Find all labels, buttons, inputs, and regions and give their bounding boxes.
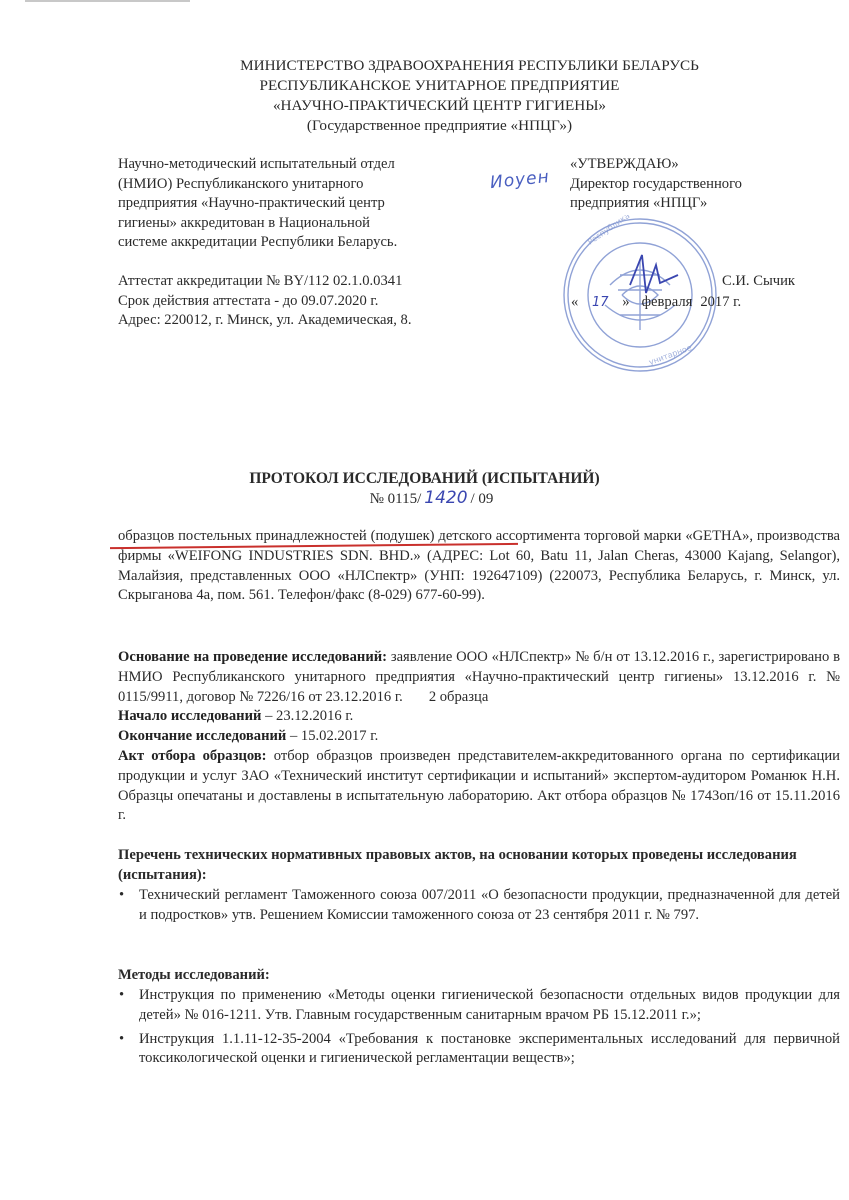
director-organization: предприятия «НПЦГ» <box>570 194 830 214</box>
start-label: Начало исследований <box>118 708 261 724</box>
lab-info-line: гигиены» аккредитован в Национальной <box>118 214 478 234</box>
tnpa-list: Технический регламент Таможенного союза … <box>118 886 840 926</box>
sampling-act: Акт отбора образцов: отбор образцов прои… <box>118 747 840 826</box>
protocol-number-prefix: № 0115/ <box>370 491 422 507</box>
lab-info-line: системе аккредитации Республики Беларусь… <box>118 233 478 253</box>
director-position: Директор государственного <box>570 175 830 195</box>
methods-list: Инструкция по применению «Методы оценки … <box>118 986 840 1073</box>
protocol-title: ПРОТОКОЛ ИССЛЕДОВАНИЙ (ИСПЫТАНИЙ) <box>0 470 849 488</box>
start-date: Начало исследований – 23.12.2016 г. <box>118 707 840 727</box>
lab-address: Адрес: 220012, г. Минск, ул. Академическ… <box>118 311 478 331</box>
enterprise-name: «НАУЧНО-ПРАКТИЧЕСКИЙ ЦЕНТР ГИГИЕНЫ» <box>0 96 849 116</box>
ministry-name: МИНИСТЕРСТВО ЗДРАВООХРАНЕНИЯ РЕСПУБЛИКИ … <box>0 56 849 76</box>
certificate-validity: Срок действия аттестата - до 09.07.2020 … <box>118 292 478 312</box>
protocol-number-handwritten: 1420 <box>424 488 467 508</box>
lab-info: Научно-методический испытательный отдел … <box>118 155 478 331</box>
lab-info-line: (НМИО) Республиканского унитарного <box>118 175 478 195</box>
samples-count: 2 образца <box>429 689 489 705</box>
basis-label: Основание на проведение исследований: <box>118 649 387 665</box>
approve-label: «УТВЕРЖДАЮ» <box>570 155 830 175</box>
lab-info-line: предприятия «Научно-практический центр <box>118 194 478 214</box>
enterprise-type: РЕСПУБЛИКАНСКОЕ УНИТАРНОЕ ПРЕДПРИЯТИЕ <box>0 76 849 96</box>
approval-block: «УТВЕРЖДАЮ» Директор государственного пр… <box>570 155 830 214</box>
end-label: Окончание исследований <box>118 728 286 744</box>
list-item: Инструкция 1.1.11-12-35-2004 «Требования… <box>118 1030 840 1070</box>
handwritten-initials: Иоуен <box>489 167 551 193</box>
date-day-handwritten: 17 <box>578 295 622 310</box>
tnpa-heading: Перечень технических нормативных правовы… <box>118 846 840 886</box>
protocol-number: № 0115/1420/ 09 <box>0 488 849 508</box>
basis-paragraph: Основание на проведение исследований: за… <box>118 648 840 707</box>
date-open-quote: « <box>571 294 578 310</box>
protocol-number-suffix: / 09 <box>471 491 494 507</box>
signer-name: С.И. Сычик <box>722 273 795 290</box>
enterprise-short-name: (Государственное предприятие «НПЦГ») <box>0 116 849 136</box>
study-details: Основание на проведение исследований: за… <box>118 648 840 826</box>
samples-description: образцов постельных принадлежностей (под… <box>118 527 840 606</box>
list-item: Инструкция по применению «Методы оценки … <box>118 986 840 1026</box>
start-value: – 23.12.2016 г. <box>261 708 353 724</box>
end-value: – 15.02.2017 г. <box>286 728 378 744</box>
end-date: Окончание исследований – 15.02.2017 г. <box>118 727 840 747</box>
date-month: февраля <box>642 294 693 310</box>
scan-edge <box>25 0 190 2</box>
accreditation-certificate: Аттестат аккредитации № BY/112 02.1.0.03… <box>118 272 478 292</box>
list-item: Технический регламент Таможенного союза … <box>118 886 840 926</box>
date-year: 2017 г. <box>700 294 741 310</box>
document-header: МИНИСТЕРСТВО ЗДРАВООХРАНЕНИЯ РЕСПУБЛИКИ … <box>0 56 849 136</box>
approval-date: «17»февраля2017 г. <box>571 294 741 311</box>
date-close-quote: » <box>622 294 629 310</box>
methods-heading: Методы исследований: <box>118 966 840 986</box>
lab-info-line: Научно-методический испытательный отдел <box>118 155 478 175</box>
sampling-act-label: Акт отбора образцов: <box>118 748 267 764</box>
